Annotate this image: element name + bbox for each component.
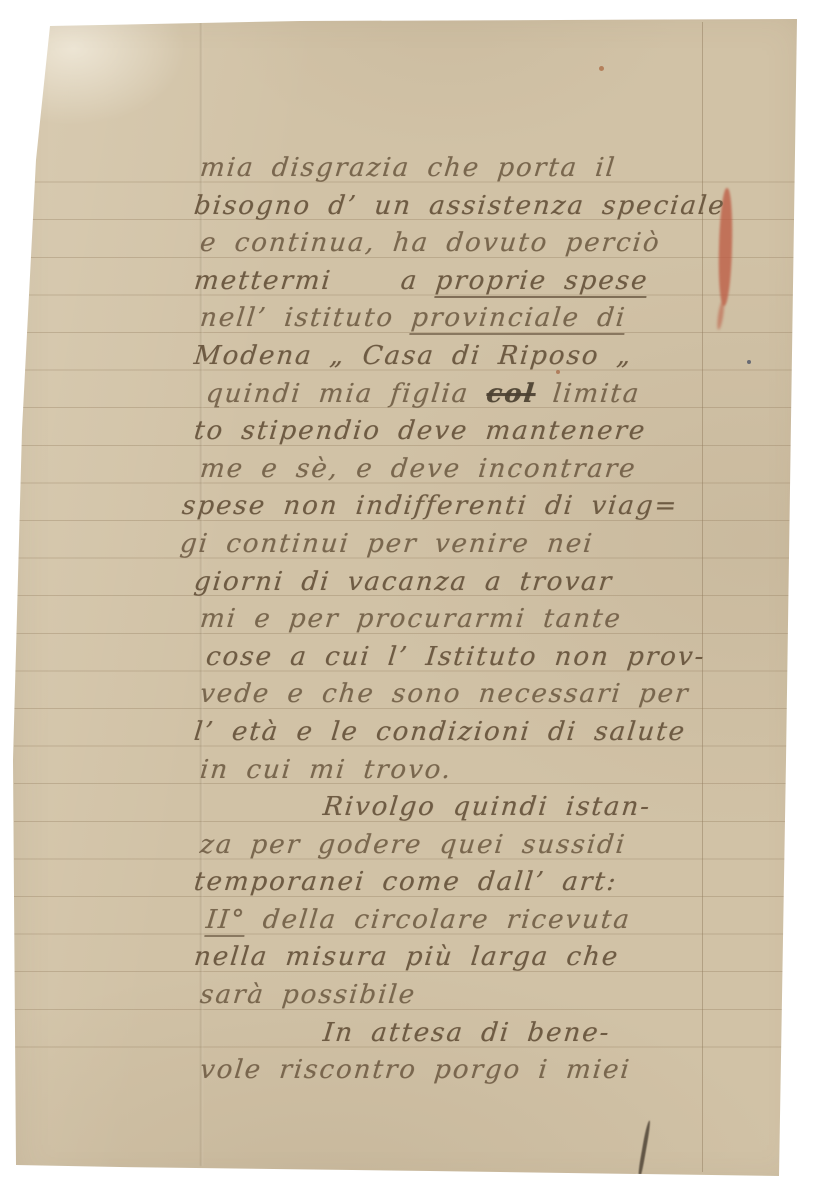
handwriting-line: vede e che sono necessari per (186, 676, 765, 714)
handwriting-segment: nella misura più larga che (193, 942, 621, 972)
handwriting-line: spese non indifferenti di viag= (174, 488, 765, 526)
handwriting-segment: col (485, 379, 537, 409)
handwriting-line: temporanei come dall’ art: (186, 864, 765, 902)
handwritten-text: mia disgrazia che porta ilbisogno d’ un … (188, 150, 763, 1090)
handwriting-line: gi continui per venire nei (166, 526, 765, 564)
handwriting-segment: mi e per procurarmi tante (199, 604, 624, 634)
handwriting-line: giorni di vacanza a trovar (186, 564, 765, 602)
handwriting-segment: l’ età e le condizioni di salute (193, 717, 688, 747)
paper-tear (637, 1120, 651, 1180)
handwriting-line: cose a cui l’ Istituto non prov- (186, 639, 765, 677)
handwriting-segment: vole riscontro porgo i miei (199, 1055, 633, 1085)
handwriting-line: in cui mi trovo. (186, 752, 765, 790)
handwriting-segment: vede e che sono necessari per (199, 679, 692, 709)
letter-page: mia disgrazia che porta ilbisogno d’ un … (0, 0, 817, 1200)
handwriting-line: nell’ istituto provinciale di (186, 300, 765, 338)
handwriting-segment: giorni di vacanza a trovar (193, 567, 615, 597)
handwriting-segment: nell’ istituto (199, 303, 413, 333)
handwriting-line: Rivolgo quindi istan- (186, 789, 765, 827)
handwriting-segment: quindi mia figlia (205, 379, 489, 409)
handwriting-line: In attesa di bene- (186, 1015, 765, 1053)
handwriting-segment: sarà possibile (199, 980, 418, 1010)
handwriting-line: sarà possibile (186, 977, 765, 1015)
handwriting-line: Modena „ Casa di Riposo „ (186, 338, 765, 376)
handwriting-segment: temporanei come dall’ art: (193, 867, 620, 897)
rust-stain (599, 66, 604, 71)
handwriting-segment: cose a cui l’ Istituto non prov- (205, 642, 707, 672)
handwriting-line: mi e per procurarmi tante (186, 601, 765, 639)
handwriting-segment: della circolare ricevuta (244, 905, 632, 935)
handwriting-segment: spese non indifferenti di viag= (181, 491, 680, 521)
handwriting-segment: in cui mi trovo. (199, 755, 454, 785)
handwriting-segment: e continua, ha dovuto perciò (199, 228, 663, 258)
handwriting-segment: me e sè, e deve incontrare (199, 454, 639, 484)
handwriting-segment: proprie spese (434, 266, 650, 298)
handwriting-segment: mettermi a (193, 266, 438, 296)
handwriting-segment: mia disgrazia che porta il (199, 153, 618, 183)
handwriting-line: za per godere quei sussidi (186, 827, 765, 865)
handwriting-segment: II° (204, 905, 247, 937)
handwriting-segment: to stipendio deve mantenere (193, 416, 648, 446)
handwriting-segment: Rivolgo quindi istan- (322, 792, 653, 822)
handwriting-segment: provinciale di (410, 303, 628, 335)
handwriting-line: quindi mia figlia col limita (186, 376, 765, 414)
handwriting-line: e continua, ha dovuto perciò (186, 225, 765, 263)
handwriting-line: vole riscontro porgo i miei (186, 1052, 765, 1090)
handwriting-segment: bisogno d’ un assistenza speciale (193, 191, 728, 221)
scan-background: mia disgrazia che porta ilbisogno d’ un … (0, 0, 817, 1200)
handwriting-line: bisogno d’ un assistenza speciale (186, 188, 765, 226)
handwriting-segment: In attesa di bene- (322, 1018, 612, 1048)
handwriting-line: mettermi a proprie spese (186, 263, 765, 301)
handwriting-segment: limita (534, 379, 642, 409)
handwriting-line: II° della circolare ricevuta (186, 902, 765, 940)
handwriting-segment: Modena „ Casa di Riposo „ (193, 341, 634, 371)
handwriting-line: nella misura più larga che (186, 939, 765, 977)
handwriting-line: to stipendio deve mantenere (186, 413, 765, 451)
handwriting-line: mia disgrazia che porta il (186, 150, 765, 188)
handwriting-line: me e sè, e deve incontrare (186, 451, 765, 489)
handwriting-segment: gi continui per venire nei (179, 529, 596, 559)
handwriting-segment: za per godere quei sussidi (199, 830, 628, 860)
handwriting-line: l’ età e le condizioni di salute (186, 714, 765, 752)
